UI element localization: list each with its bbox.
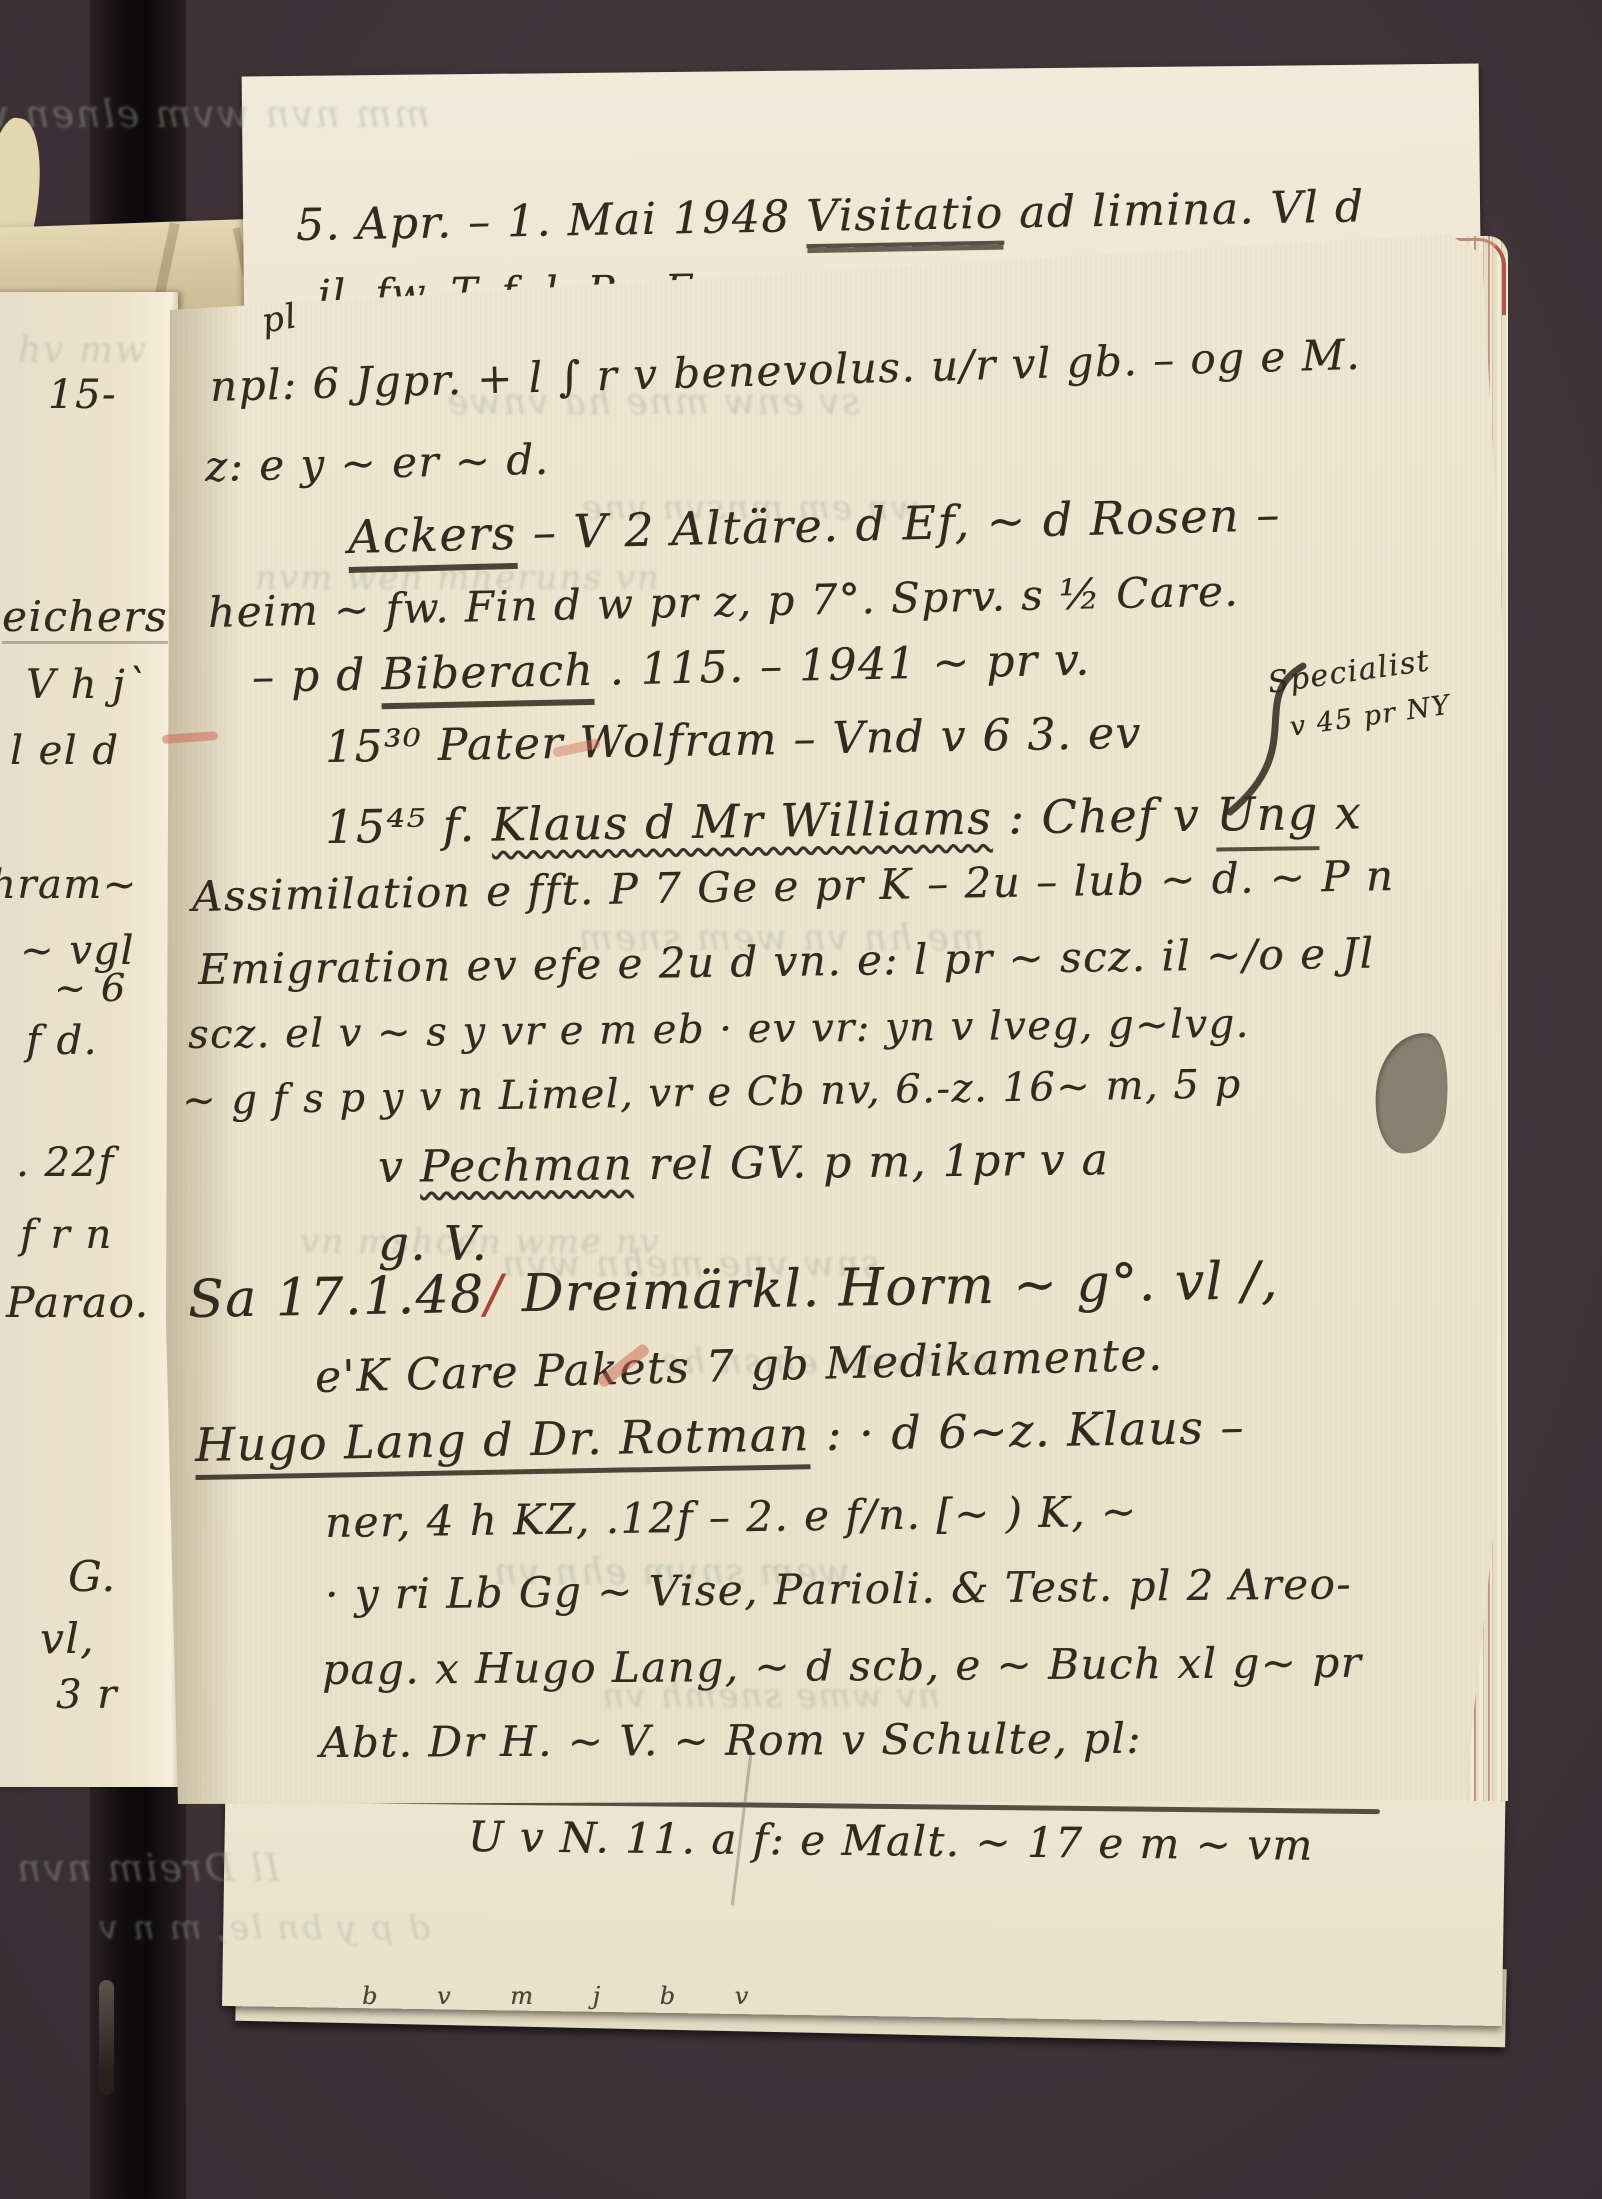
left-fragment: f d. bbox=[26, 1018, 98, 1064]
ghost-writing: mm nvn wvm elnen vnme bbox=[0, 92, 430, 136]
entry-line: Abt. Dr H. ~ V. ~ Rom v Schulte, pl: bbox=[320, 1714, 1142, 1767]
left-fragment: ~ 6 bbox=[54, 966, 127, 1010]
ackers-underlined: Ackers bbox=[347, 506, 517, 573]
pechman-underlined: Pechman bbox=[420, 1139, 634, 1192]
left-fragment: l el d bbox=[10, 728, 119, 774]
entry-line-part: . 115. – 1941 ~ pr v. bbox=[594, 634, 1091, 695]
entry-date: Sa 17.1.48 bbox=[187, 1265, 485, 1330]
lower-page-line: U v N. 11. a f: e Malt. ~ 17 e m ~ vm bbox=[468, 1812, 1314, 1870]
left-fragment: vl, bbox=[40, 1614, 95, 1663]
edge-letter-tops: b v m j b v bbox=[362, 1982, 774, 2010]
entry-line: v Pechman rel GV. p m, 1pr v a bbox=[378, 1134, 1110, 1193]
left-fragment: hram~ bbox=[0, 862, 138, 908]
entry-line: z: e y ~ er ~ d. bbox=[204, 435, 549, 491]
date-line-rest: ad limina. Vl d bbox=[1003, 181, 1365, 238]
left-fragment: eichers bbox=[2, 592, 168, 644]
left-fragment: 3 r bbox=[56, 1672, 118, 1718]
entry-line-part: : · d 6~z. Klaus – bbox=[809, 1400, 1245, 1462]
entry-line: pag. x Hugo Lang, ~ d scb, e ~ Buch xl g… bbox=[322, 1638, 1363, 1694]
red-pencil-slash: / bbox=[484, 1264, 504, 1324]
visitatio-underlined: Visitatio bbox=[806, 188, 1004, 248]
entry-line-part: – p d bbox=[251, 649, 381, 703]
entry-line-part: rel GV. p m, 1pr v a bbox=[633, 1134, 1109, 1190]
ghost-writing: Il Dreim nvn wem hn bbox=[0, 1846, 280, 1890]
entry-line-part: v bbox=[378, 1142, 420, 1193]
ghost-writing: d p y bn le, m n v bbox=[97, 1908, 430, 1948]
entry-line-part: : Chef v bbox=[992, 788, 1217, 845]
spine-glare-highlight bbox=[99, 1980, 114, 2095]
entry-line: g. V. bbox=[378, 1216, 488, 1272]
ung-underlined: Ung bbox=[1216, 786, 1319, 851]
biberach-underlined: Biberach bbox=[381, 645, 595, 709]
date-range: 5. Apr. – 1. Mai 1948 bbox=[296, 191, 807, 251]
left-fragment: f r n bbox=[20, 1212, 113, 1258]
diary-photograph: 15- eichers V h j` l el d hram~ ~ vgl ~ … bbox=[0, 0, 1602, 2199]
klaus-williams-underlined: Klaus d Mr Williams bbox=[491, 791, 992, 852]
left-fragment: Parao. bbox=[6, 1278, 149, 1327]
ghost-writing: hv mw bbox=[18, 330, 148, 371]
left-fragment: . 22f bbox=[16, 1140, 115, 1186]
hugo-lang-rotman-underlined: Hugo Lang d Dr. Rotman bbox=[195, 1407, 811, 1480]
entry-line-part: x bbox=[1318, 786, 1362, 841]
left-fragment: 15- bbox=[48, 372, 117, 418]
superscript-flourish: pl bbox=[259, 296, 301, 342]
left-fragment: G. bbox=[68, 1552, 116, 1601]
entry-line-part: 15⁴⁵ f. bbox=[325, 798, 492, 854]
left-fragment: V h j` bbox=[26, 662, 147, 708]
